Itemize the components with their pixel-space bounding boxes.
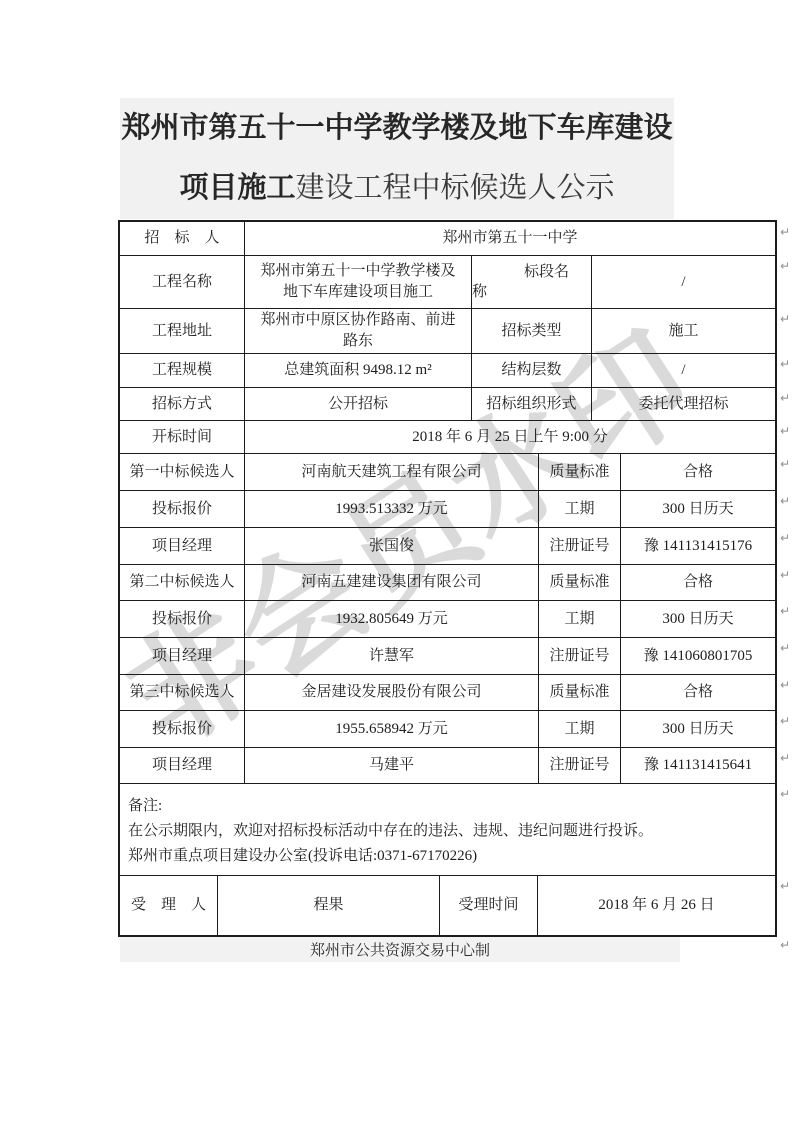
- org-form-label-cell: 招标组织形式: [472, 388, 592, 420]
- scale-value-cell: 总建筑面积 9498.12 m²: [245, 354, 472, 387]
- cert-number-label: 注册证号: [539, 646, 620, 667]
- bidder-label: 招 标 人: [120, 228, 244, 249]
- candidate3-cert-label-cell: 注册证号: [539, 748, 621, 783]
- open-time-value: 2018 年 6 月 25 日上午 9:00 分: [245, 427, 775, 448]
- candidate1-cert: 豫 141131415176: [621, 536, 775, 557]
- candidate2-price-label-cell: 投标报价: [120, 601, 245, 637]
- paragraph-mark-icon: ↵: [780, 458, 790, 470]
- table-row-method: 招标方式 公开招标 招标组织形式 委托代理招标: [120, 388, 775, 421]
- candidate2-rank: 第二中标候选人: [120, 572, 244, 593]
- cert-number-label: 注册证号: [539, 536, 620, 557]
- bid-price-label: 投标报价: [120, 609, 244, 630]
- paragraph-mark-icon: ↵: [780, 939, 790, 951]
- org-form-value: 委托代理招标: [592, 394, 775, 415]
- table-row-candidate3: 第三中标候选人 金居建设发展股份有限公司 质量标准 合格: [120, 675, 775, 711]
- candidate1-manager-label-cell: 项目经理: [120, 528, 245, 564]
- candidate2-cert-cell: 豫 141060801705: [621, 638, 775, 674]
- acceptor-time: 2018 年 6 月 26 日: [538, 895, 775, 916]
- table-row-candidate1-manager: 项目经理 张国俊 注册证号 豫 141131415176: [120, 528, 775, 565]
- candidate3-rank-cell: 第三中标候选人: [120, 675, 245, 710]
- candidate1-quality-label-cell: 质量标准: [539, 454, 621, 490]
- scale-value: 总建筑面积 9498.12 m²: [245, 360, 471, 381]
- open-time-label: 开标时间: [120, 427, 244, 448]
- candidate3-manager: 马建平: [245, 755, 538, 776]
- project-manager-label: 项目经理: [120, 536, 244, 557]
- table-row-address: 工程地址 郑州市中原区协作路南、前进 路东 招标类型 施工: [120, 309, 775, 354]
- bid-price-label: 投标报价: [120, 499, 244, 520]
- method-value: 公开招标: [245, 394, 471, 415]
- candidate1-cert-label-cell: 注册证号: [539, 528, 621, 564]
- quality-standard-label: 质量标准: [539, 572, 620, 593]
- candidate3-manager-cell: 马建平: [245, 748, 539, 783]
- paragraph-mark-icon: ↵: [780, 642, 790, 654]
- table-row-candidate1: 第一中标候选人 河南航天建筑工程有限公司 质量标准 合格: [120, 454, 775, 491]
- quality-standard-label: 质量标准: [539, 682, 620, 703]
- paragraph-mark-icon: ↵: [780, 425, 790, 437]
- period-label: 工期: [539, 609, 620, 630]
- floors-label-cell: 结构层数: [472, 354, 592, 387]
- method-label: 招标方式: [120, 394, 244, 415]
- document-title-line2: 项目施工建设工程中标候选人公示: [120, 172, 674, 205]
- candidate2-quality-value-cell: 合格: [621, 565, 775, 600]
- paragraph-mark-icon: ↵: [780, 715, 790, 727]
- candidate2-manager-cell: 许慧军: [245, 638, 539, 674]
- candidate2-price: 1932.805649 万元: [245, 609, 538, 630]
- table-row-candidate1-price: 投标报价 1993.513332 万元 工期 300 日历天: [120, 491, 775, 528]
- paragraph-mark-icon: ↵: [780, 532, 790, 544]
- table-row-remark: 备注: 在公示期限内，欢迎对招标投标活动中存在的违法、违规、违纪问题进行投诉。 …: [120, 784, 775, 876]
- scale-label: 工程规模: [120, 360, 244, 381]
- candidate3-price-label-cell: 投标报价: [120, 711, 245, 747]
- acceptor-label-cell: 受 理 人: [120, 876, 218, 935]
- period-label: 工期: [539, 719, 620, 740]
- candidate3-price-cell: 1955.658942 万元: [245, 711, 539, 747]
- candidate3-period: 300 日历天: [621, 719, 775, 740]
- paragraph-mark-icon: ↵: [780, 569, 790, 581]
- candidate2-quality-label-cell: 质量标准: [539, 565, 621, 600]
- candidate1-period-label-cell: 工期: [539, 491, 621, 527]
- acceptor-name-cell: 程果: [218, 876, 440, 935]
- candidate3-period-label-cell: 工期: [539, 711, 621, 747]
- table-row-open-time: 开标时间 2018 年 6 月 25 日上午 9:00 分: [120, 421, 775, 454]
- floors-label: 结构层数: [472, 360, 591, 381]
- table-row-bidder: 招 标 人 郑州市第五十一中学: [120, 222, 775, 256]
- paragraph-mark-icon: ↵: [780, 358, 790, 370]
- bid-type-label-cell: 招标类型: [472, 309, 592, 353]
- document-title-line1: 郑州市第五十一中学教学楼及地下车库建设: [120, 111, 674, 145]
- paragraph-mark-icon: ↵: [780, 392, 790, 404]
- candidate1-manager-cell: 张国俊: [245, 528, 539, 564]
- floors-value: /: [592, 360, 775, 381]
- candidate2-cert: 豫 141060801705: [621, 646, 775, 667]
- document-page: 非会员水印 郑州市第五十一中学教学楼及地下车库建设 项目施工建设工程中标候选人公…: [0, 0, 793, 1122]
- bid-price-label: 投标报价: [120, 719, 244, 740]
- period-label: 工期: [539, 499, 620, 520]
- project-name-value: 郑州市第五十一中学教学楼及 地下车库建设项目施工: [245, 261, 471, 303]
- open-time-value-cell: 2018 年 6 月 25 日上午 9:00 分: [245, 421, 775, 453]
- footer-band: 郑州市公共资源交易中心制: [120, 937, 680, 962]
- acceptor-name: 程果: [218, 895, 439, 916]
- candidate2-cert-label-cell: 注册证号: [539, 638, 621, 674]
- org-form-label: 招标组织形式: [472, 394, 591, 415]
- table-row-candidate2-price: 投标报价 1932.805649 万元 工期 300 日历天: [120, 601, 775, 638]
- candidate3-cert: 豫 141131415641: [621, 755, 775, 776]
- candidate3-period-cell: 300 日历天: [621, 711, 775, 747]
- footer-text: 郑州市公共资源交易中心制: [310, 939, 490, 960]
- paragraph-mark-icon: ↵: [780, 260, 790, 272]
- bidder-value: 郑州市第五十一中学: [245, 228, 775, 249]
- candidate3-company: 金居建设发展股份有限公司: [245, 682, 538, 703]
- candidate2-period-cell: 300 日历天: [621, 601, 775, 637]
- acceptor-label: 受 理 人: [120, 895, 217, 916]
- paragraph-mark-icon: ↵: [780, 880, 790, 892]
- org-form-value-cell: 委托代理招标: [592, 388, 775, 420]
- candidate3-company-cell: 金居建设发展股份有限公司: [245, 675, 539, 710]
- candidate3-quality-label-cell: 质量标准: [539, 675, 621, 710]
- candidate1-rank: 第一中标候选人: [120, 462, 244, 483]
- candidate2-period: 300 日历天: [621, 609, 775, 630]
- table-row-candidate3-manager: 项目经理 马建平 注册证号 豫 141131415641: [120, 748, 775, 784]
- address-value: 郑州市中原区协作路南、前进 路东: [245, 310, 471, 352]
- paragraph-mark-icon: ↵: [780, 605, 790, 617]
- quality-standard-label: 质量标准: [539, 462, 620, 483]
- table-row-candidate2: 第二中标候选人 河南五建建设集团有限公司 质量标准 合格: [120, 565, 775, 601]
- table-row-project-name: 工程名称 郑州市第五十一中学教学楼及 地下车库建设项目施工 标段名 称 /: [120, 256, 775, 309]
- candidate3-price: 1955.658942 万元: [245, 719, 538, 740]
- bidder-value-cell: 郑州市第五十一中学: [245, 222, 775, 255]
- bid-type-label: 招标类型: [472, 321, 591, 342]
- bid-announcement-table: 招 标 人 郑州市第五十一中学 工程名称 郑州市第五十一中学教学楼及 地下车库建…: [118, 220, 777, 937]
- acceptor-time-label-cell: 受理时间: [440, 876, 538, 935]
- candidate1-price-cell: 1993.513332 万元: [245, 491, 539, 527]
- segment-label: 标段名 称: [472, 262, 591, 302]
- candidate3-rank: 第三中标候选人: [120, 682, 244, 703]
- title-block: 郑州市第五十一中学教学楼及地下车库建设 项目施工建设工程中标候选人公示: [120, 98, 674, 219]
- table-row-scale: 工程规模 总建筑面积 9498.12 m² 结构层数 /: [120, 354, 775, 388]
- method-value-cell: 公开招标: [245, 388, 472, 420]
- open-time-label-cell: 开标时间: [120, 421, 245, 453]
- candidate1-period-cell: 300 日历天: [621, 491, 775, 527]
- paragraph-mark-icon: ↵: [780, 788, 790, 800]
- candidate1-company: 河南航天建筑工程有限公司: [245, 462, 538, 483]
- paragraph-mark-icon: ↵: [780, 226, 790, 238]
- candidate2-price-cell: 1932.805649 万元: [245, 601, 539, 637]
- paragraph-mark-icon: ↵: [780, 679, 790, 691]
- candidate1-price-label-cell: 投标报价: [120, 491, 245, 527]
- candidate3-cert-cell: 豫 141131415641: [621, 748, 775, 783]
- segment-value-cell: /: [592, 256, 775, 308]
- candidate2-company: 河南五建建设集团有限公司: [245, 572, 538, 593]
- candidate2-quality: 合格: [621, 572, 775, 593]
- candidate1-period: 300 日历天: [621, 499, 775, 520]
- candidate1-manager: 张国俊: [245, 536, 538, 557]
- table-row-candidate3-price: 投标报价 1955.658942 万元 工期 300 日历天: [120, 711, 775, 748]
- paragraph-mark-icon: ↵: [780, 313, 790, 325]
- paragraph-mark-icon: ↵: [780, 752, 790, 764]
- candidate1-quality: 合格: [621, 462, 775, 483]
- candidate1-rank-cell: 第一中标候选人: [120, 454, 245, 490]
- table-row-candidate2-manager: 项目经理 许慧军 注册证号 豫 141060801705: [120, 638, 775, 675]
- address-value-cell: 郑州市中原区协作路南、前进 路东: [245, 309, 472, 353]
- project-manager-label: 项目经理: [120, 755, 244, 776]
- cert-number-label: 注册证号: [539, 755, 620, 776]
- project-name-label: 工程名称: [120, 272, 244, 293]
- candidate2-manager: 许慧军: [245, 646, 538, 667]
- candidate1-price: 1993.513332 万元: [245, 499, 538, 520]
- candidate3-manager-label-cell: 项目经理: [120, 748, 245, 783]
- candidate2-period-label-cell: 工期: [539, 601, 621, 637]
- scale-label-cell: 工程规模: [120, 354, 245, 387]
- project-manager-label: 项目经理: [120, 646, 244, 667]
- candidate1-cert-cell: 豫 141131415176: [621, 528, 775, 564]
- remark-cell: 备注: 在公示期限内，欢迎对招标投标活动中存在的违法、违规、违纪问题进行投诉。 …: [120, 784, 775, 875]
- paragraph-mark-icon: ↵: [780, 495, 790, 507]
- candidate3-quality: 合格: [621, 682, 775, 703]
- candidate2-rank-cell: 第二中标候选人: [120, 565, 245, 600]
- remark-text: 备注: 在公示期限内，欢迎对招标投标活动中存在的违法、违规、违纪问题进行投诉。 …: [120, 784, 775, 869]
- candidate2-manager-label-cell: 项目经理: [120, 638, 245, 674]
- floors-value-cell: /: [592, 354, 775, 387]
- address-label-cell: 工程地址: [120, 309, 245, 353]
- title-line2-regular-part: 建设工程中标候选人公示: [296, 172, 615, 204]
- method-label-cell: 招标方式: [120, 388, 245, 420]
- project-name-value-cell: 郑州市第五十一中学教学楼及 地下车库建设项目施工: [245, 256, 472, 308]
- candidate1-quality-value-cell: 合格: [621, 454, 775, 490]
- bid-type-value-cell: 施工: [592, 309, 775, 353]
- candidate2-company-cell: 河南五建建设集团有限公司: [245, 565, 539, 600]
- segment-value: /: [592, 272, 775, 293]
- acceptor-time-cell: 2018 年 6 月 26 日: [538, 876, 775, 935]
- candidate1-company-cell: 河南航天建筑工程有限公司: [245, 454, 539, 490]
- bidder-label-cell: 招 标 人: [120, 222, 245, 255]
- bid-type-value: 施工: [592, 321, 775, 342]
- table-row-acceptor: 受 理 人 程果 受理时间 2018 年 6 月 26 日: [120, 876, 775, 935]
- title-line2-bold-part: 项目施工: [179, 172, 295, 204]
- address-label: 工程地址: [120, 321, 244, 342]
- candidate3-quality-value-cell: 合格: [621, 675, 775, 710]
- acceptor-time-label: 受理时间: [440, 895, 537, 916]
- segment-label-cell: 标段名 称: [472, 256, 592, 308]
- project-name-label-cell: 工程名称: [120, 256, 245, 308]
